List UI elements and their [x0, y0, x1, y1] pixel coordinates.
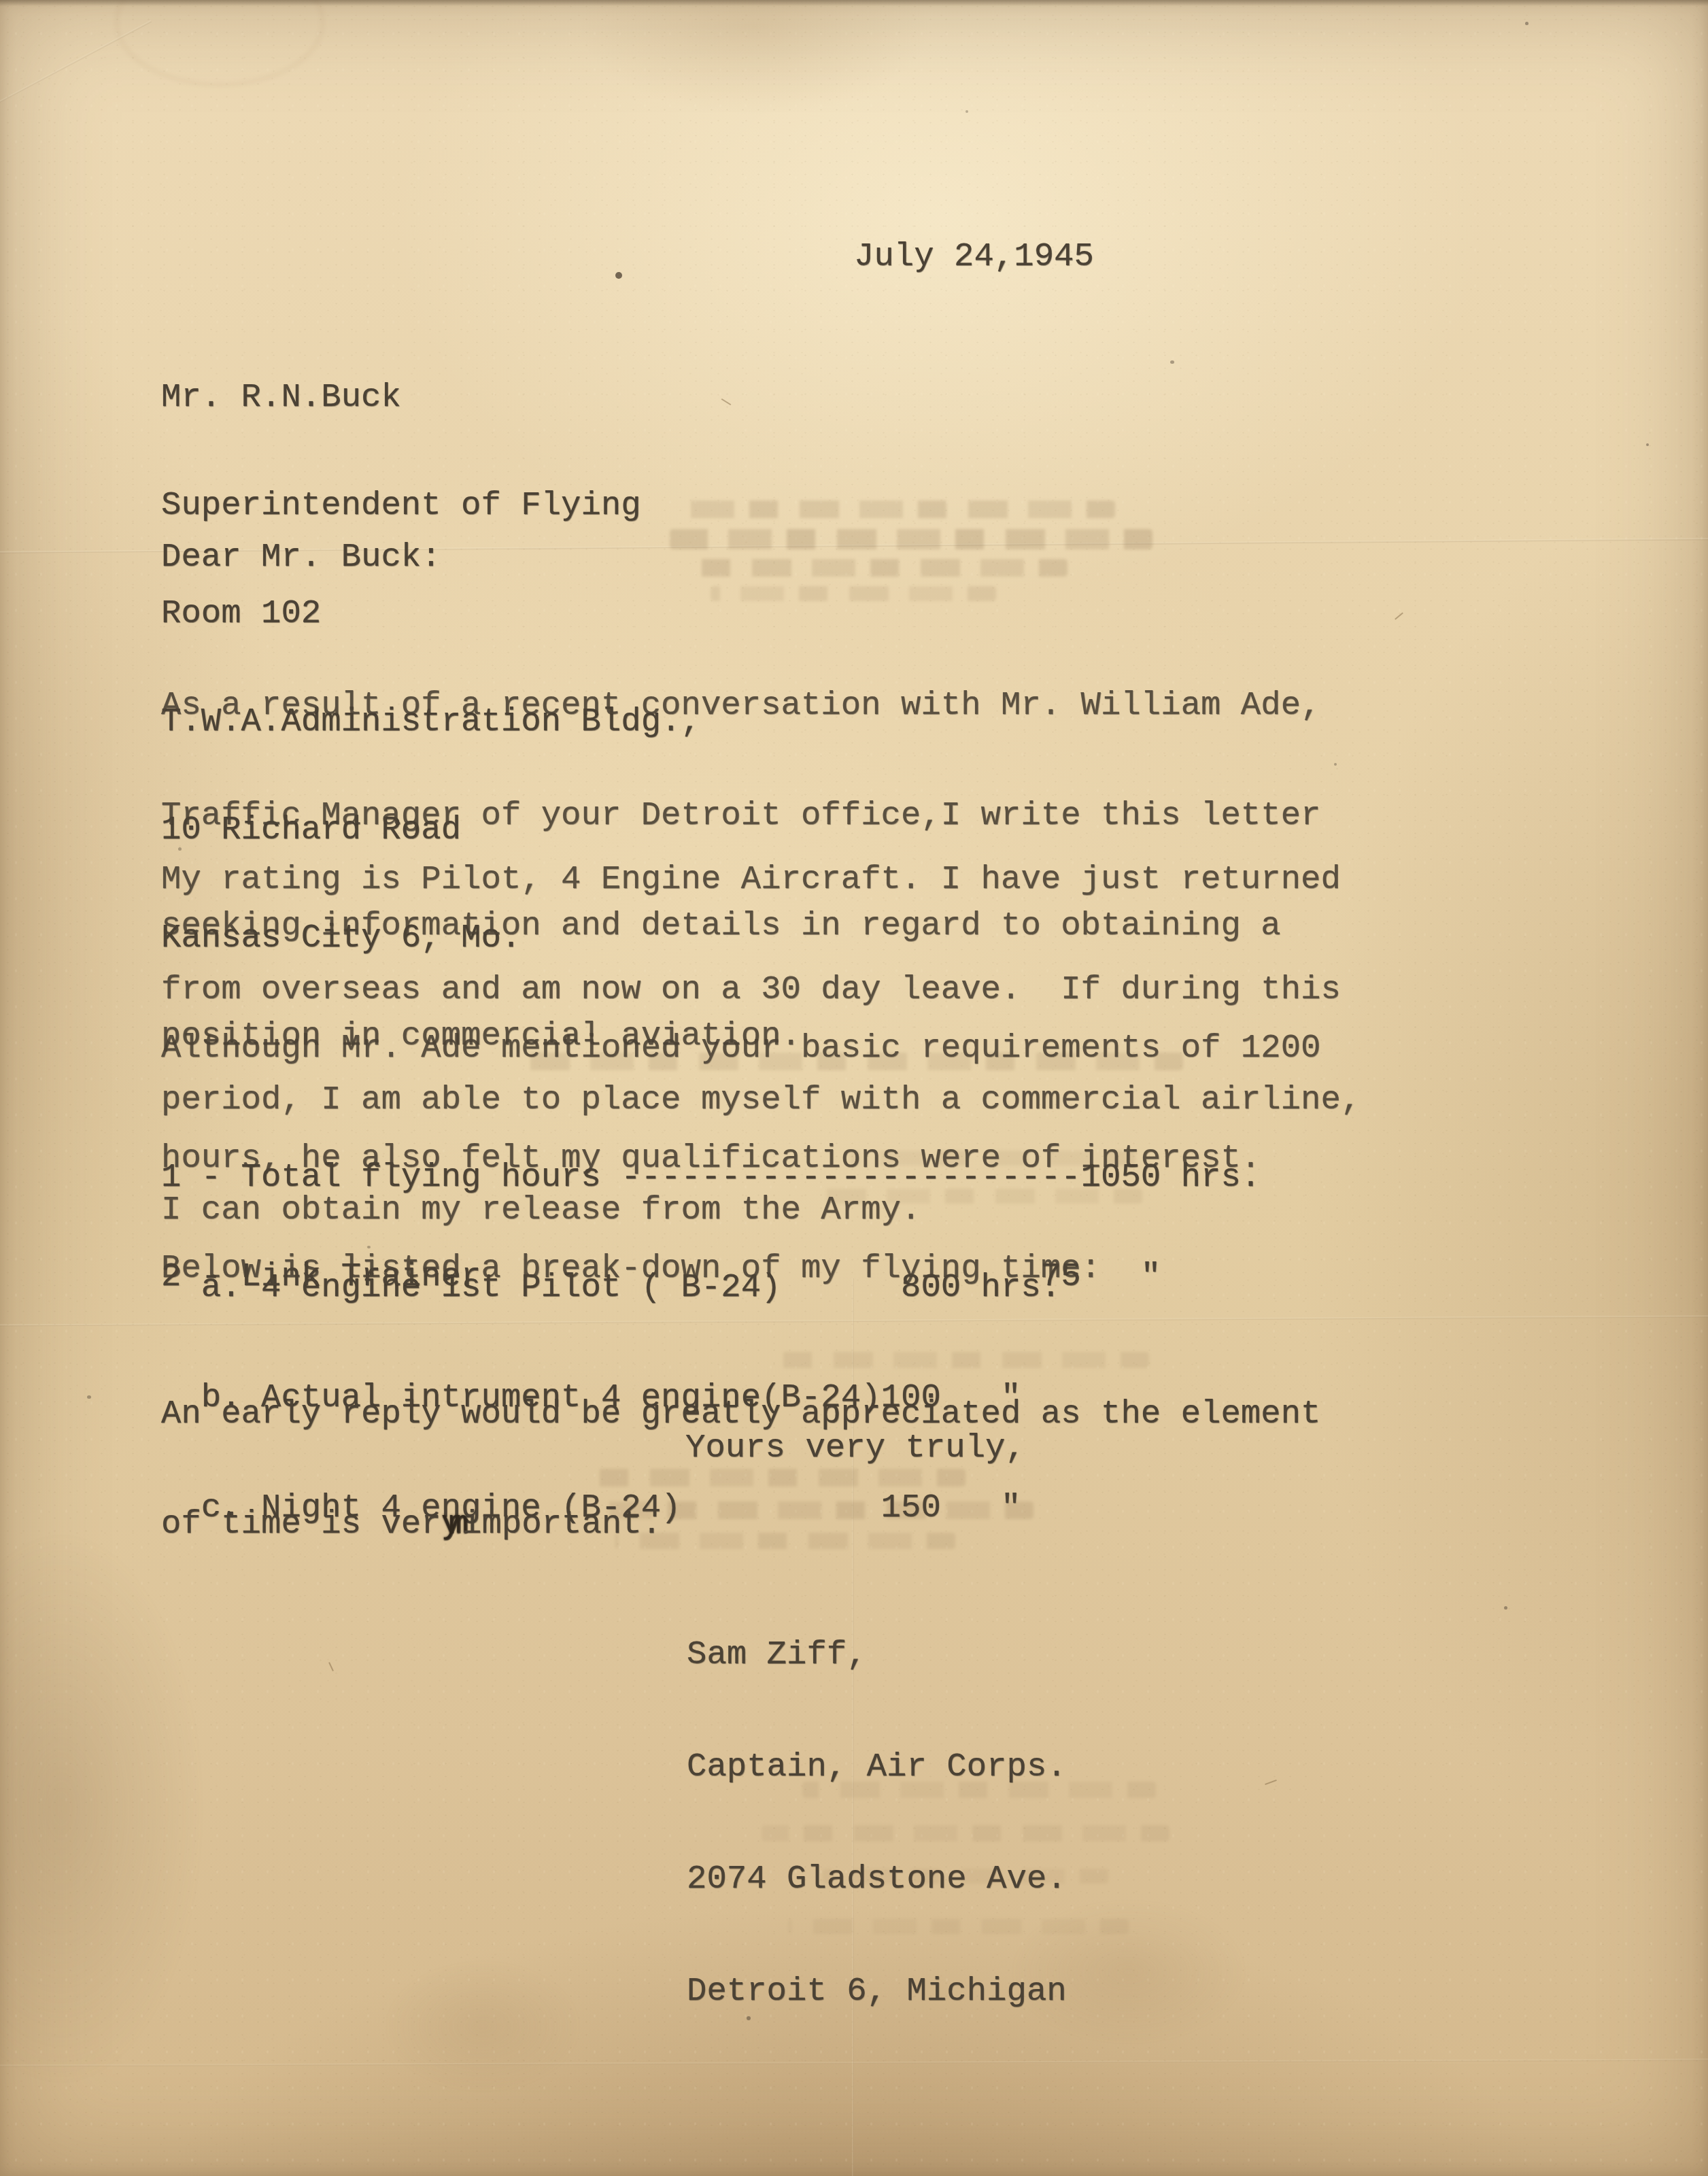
closing-line-2-post: important.	[462, 1505, 662, 1543]
bleed-through-texture	[687, 559, 1067, 577]
blotch-stain-2	[381, 1958, 585, 2094]
paper-fiber	[328, 1662, 334, 1671]
paper-speck	[1525, 22, 1528, 25]
letter-date: July 24,1945	[854, 238, 1094, 275]
corner-stain	[578, 0, 932, 116]
signature-rank: Captain, Air Corps.	[687, 1748, 1067, 1786]
bleed-through-texture	[711, 586, 996, 601]
bleed-through-texture	[670, 529, 1152, 549]
corner-crease	[0, 20, 152, 118]
paper-fiber	[1265, 1780, 1277, 1785]
signature-street: 2074 Gladstone Ave.	[687, 1860, 1067, 1898]
recipient-name: Mr. R.N.Buck	[161, 379, 701, 415]
paragraph-line: My rating is Pilot, 4 Engine Aircraft. I…	[161, 861, 1361, 898]
salutation: Dear Mr. Buck:	[161, 539, 441, 575]
paper-speck	[87, 1395, 91, 1399]
overstrike-typo: ym	[441, 1506, 462, 1542]
closing-line-1: An early reply would be greatly apprecia…	[161, 1395, 1320, 1432]
scanned-letter-page: July 24,1945 Mr. R.N.Buck Superintendent…	[0, 0, 1708, 2176]
paper-speck	[1646, 443, 1649, 446]
closing-line-2: of time is verymimportant.	[161, 1506, 1320, 1542]
paragraph-line: As a result of a recent conversation wit…	[161, 687, 1320, 724]
link-trainer-item: 2 - Link Trainer 75 "	[161, 1258, 1161, 1295]
paper-fiber	[1395, 612, 1403, 619]
paragraph-line: Although Mr. Ade mentioned your basic re…	[161, 1030, 1320, 1066]
valediction: Yours very truly,	[685, 1429, 1025, 1466]
signature-name: Sam Ziff,	[687, 1636, 1067, 1673]
paper-fiber	[721, 398, 732, 405]
paper-speck	[1170, 360, 1174, 364]
flying-time-total: 1 - Total flying hours -----------------…	[161, 1159, 1261, 1195]
signature-city: Detroit 6, Michigan	[687, 1973, 1067, 2010]
signature-block: Sam Ziff, Captain, Air Corps. 2074 Glads…	[687, 1561, 1067, 2085]
closing-line-2-pre: of time is ver	[161, 1505, 441, 1543]
paper-speck	[966, 110, 968, 113]
bleed-through-texture	[680, 500, 1115, 518]
recipient-title: Superintendent of Flying	[161, 488, 701, 524]
paper-speck	[1504, 1606, 1507, 1610]
top-edge-shadow	[0, 0, 1708, 6]
ring-stain	[116, 0, 324, 86]
paper-speck	[1334, 763, 1337, 766]
paper-speck	[615, 272, 622, 279]
